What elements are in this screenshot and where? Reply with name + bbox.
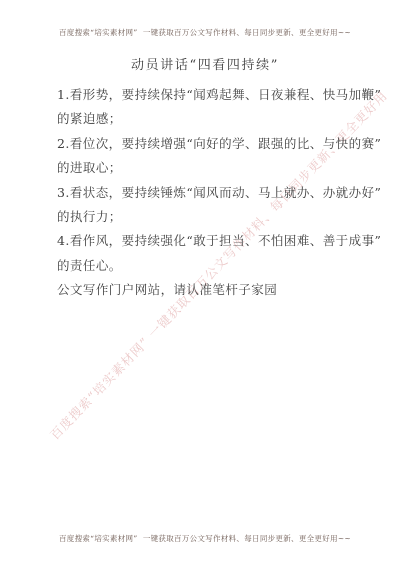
document-title: 动员讲话“四看四持续” bbox=[0, 54, 410, 73]
body-line: 3.看状态，要持续锤炼“闻风而动、马上就办、办就办好” bbox=[57, 181, 355, 205]
body-line: 2.看位次，要持续增强“向好的学、跟强的比、与快的赛” bbox=[57, 132, 355, 156]
body-line: 的责任心。 bbox=[57, 254, 355, 278]
body-line: 的紧迫感； bbox=[57, 107, 355, 131]
body-line: 1.看形势，要持续保持“闻鸡起舞、日夜兼程、快马加鞭” bbox=[57, 83, 355, 107]
page-footer-watermark: 百度搜索“培实素材网” 一键获取百万公文写作材料、每日同步更新、更全更好用~~ bbox=[0, 533, 410, 544]
document-body: 1.看形势，要持续保持“闻鸡起舞、日夜兼程、快马加鞭” 的紧迫感； 2.看位次，… bbox=[57, 83, 355, 303]
body-line: 的进取心； bbox=[57, 156, 355, 180]
body-line: 公文写作门户网站，请认准笔杆子家园 bbox=[57, 278, 355, 302]
body-line: 的执行力； bbox=[57, 205, 355, 229]
document-page: 百度搜索“培实素材网” 一键获取百万公文写作材料、每日同步更新、更全更好用 百度… bbox=[0, 0, 410, 580]
page-header-watermark: 百度搜索“培实素材网” 一键获取百万公文写作材料、每日同步更新、更全更好用~~ bbox=[0, 27, 410, 38]
body-line: 4.看作风，要持续强化“敢于担当、不怕困难、善于成事” bbox=[57, 229, 355, 253]
